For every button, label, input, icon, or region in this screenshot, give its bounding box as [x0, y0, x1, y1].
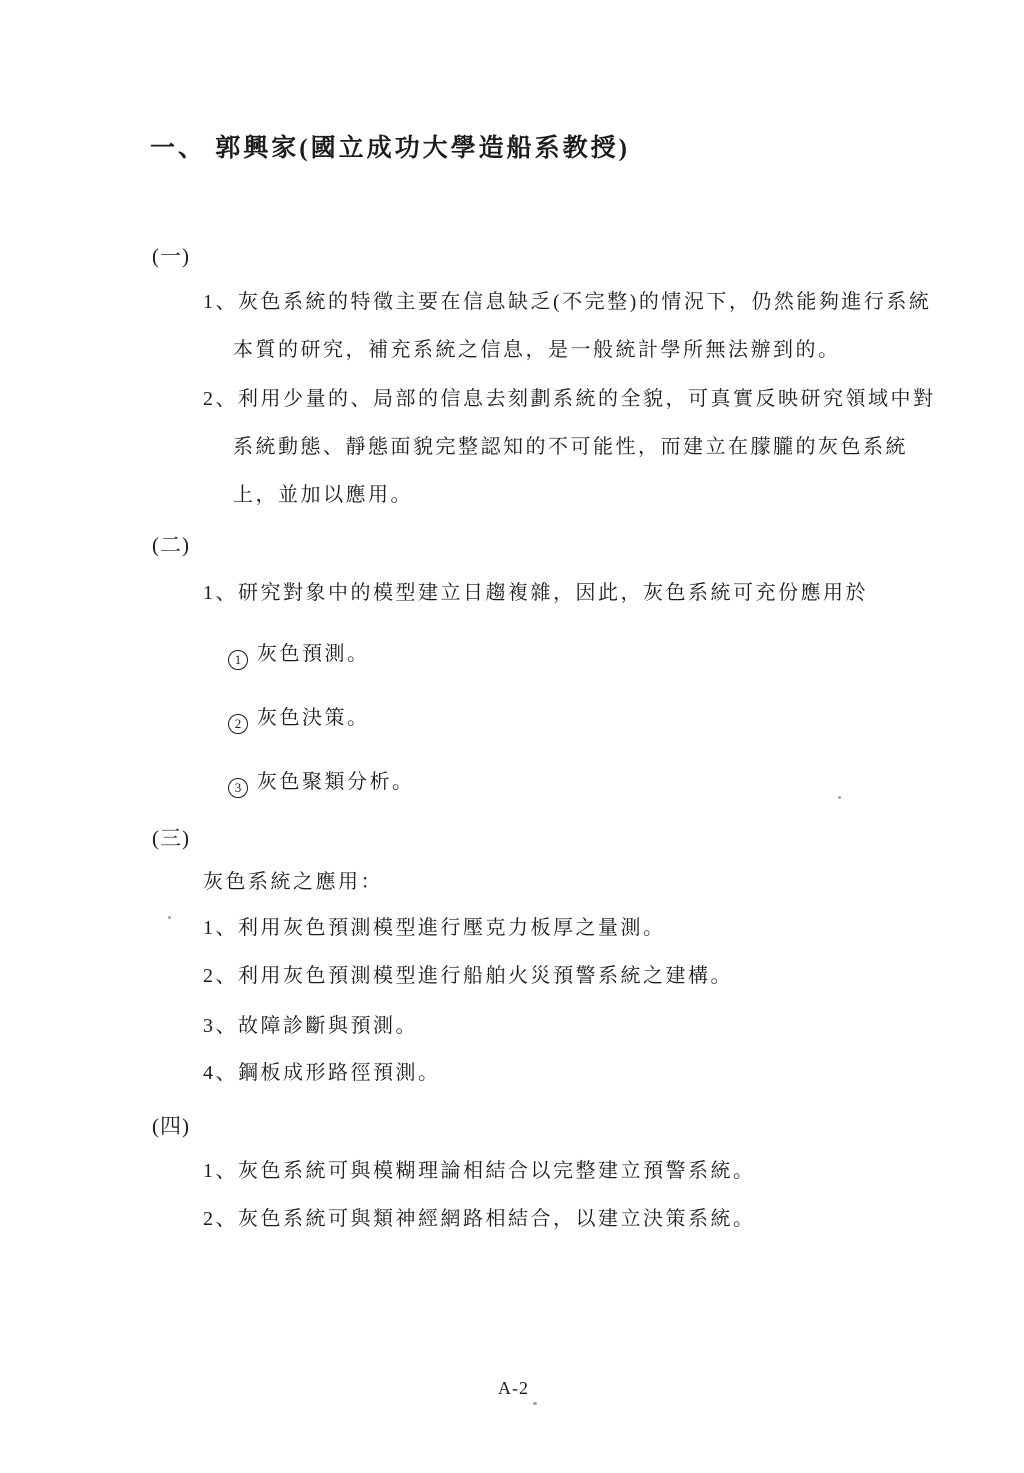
sub-item: 3灰色聚類分析。 [228, 772, 415, 798]
circled-number-icon: 3 [228, 778, 248, 798]
body-line: 3、故障診斷與預測。 [203, 1016, 418, 1036]
circled-number-icon: 2 [228, 714, 248, 734]
body-line: 2、利用灰色預測模型進行船舶火災預警系統之建構。 [203, 966, 733, 986]
scan-speck [168, 916, 171, 919]
section-label: (三) [152, 828, 190, 849]
section-label: (二) [152, 535, 190, 556]
sub-item-text: 灰色聚類分析。 [257, 771, 415, 793]
sub-item-text: 灰色決策。 [257, 707, 370, 729]
body-line: 2、利用少量的、局部的信息去刻劃系統的全貌，可真實反映研究領域中對 [203, 389, 936, 409]
circled-number-icon: 1 [228, 650, 248, 670]
body-line: 系統動態、靜態面貌完整認知的不可能性，而建立在朦朧的灰色系統 [233, 437, 908, 457]
sub-item-text: 灰色預測。 [257, 643, 370, 665]
body-line: 1、研究對象中的模型建立日趨複雜，因此，灰色系統可充份應用於 [203, 583, 868, 603]
scan-speck [533, 1402, 537, 1405]
body-line: 本質的研究，補充系統之信息，是一般統計學所無法辦到的。 [233, 340, 841, 360]
document-page: 一、 郭興家(國立成功大學造船系教授) (一) 1、灰色系統的特徵主要在信息缺乏… [0, 0, 1024, 1473]
section-heading: 灰色系統之應用： [203, 872, 383, 892]
body-line: 4、鋼板成形路徑預測。 [203, 1063, 441, 1083]
page-number: A-2 [498, 1379, 529, 1397]
body-line: 1、灰色系統可與模糊理論相結合以完整建立預警系統。 [203, 1161, 756, 1181]
page-title: 一、 郭興家(國立成功大學造船系教授) [150, 136, 630, 161]
sub-item: 2灰色決策。 [228, 708, 370, 734]
body-line: 上，並加以應用。 [233, 485, 413, 505]
section-label: (一) [152, 246, 190, 267]
body-line: 1、灰色系統的特徵主要在信息缺乏(不完整)的情況下，仍然能夠進行系統 [203, 292, 931, 312]
body-line: 1、利用灰色預測模型進行壓克力板厚之量測。 [203, 918, 666, 938]
body-line: 2、灰色系統可與類神經網路相結合，以建立決策系統。 [203, 1209, 756, 1229]
sub-item: 1灰色預測。 [228, 644, 370, 670]
section-label: (四) [152, 1116, 190, 1137]
scan-speck [838, 796, 841, 799]
